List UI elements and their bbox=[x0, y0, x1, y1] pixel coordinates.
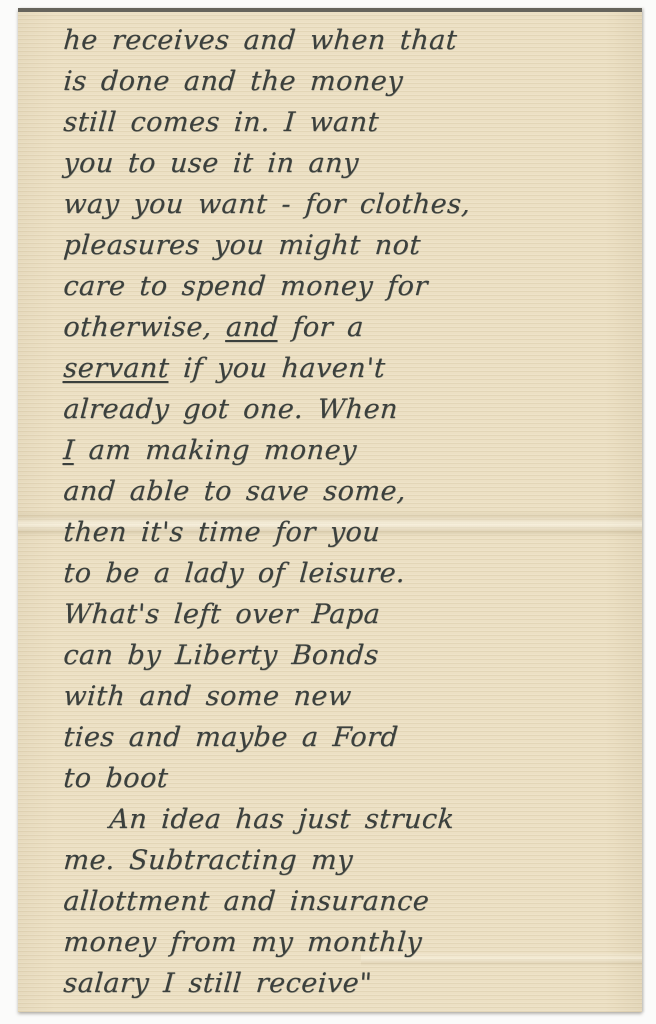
letter-line: is done and the money bbox=[62, 61, 619, 102]
letter-text-segment: already got one. When bbox=[62, 394, 399, 425]
letter-page: he receives and when thatis done and the… bbox=[18, 8, 642, 1012]
letter-line: care to spend money for bbox=[62, 266, 619, 307]
letter-line: What's left over Papa bbox=[62, 594, 619, 635]
letter-text-segment: What's left over Papa bbox=[62, 599, 381, 630]
scan-background: he receives and when thatis done and the… bbox=[0, 0, 656, 1024]
letter-text-segment: otherwise, bbox=[62, 312, 227, 343]
letter-line: otherwise, and for a bbox=[62, 307, 619, 348]
letter-text-segment: allottment and insurance bbox=[62, 886, 430, 917]
letter-line: An idea has just struck bbox=[62, 799, 619, 840]
letter-text-segment: can by Liberty Bonds bbox=[62, 640, 380, 671]
letter-line: and able to save some, bbox=[62, 471, 619, 512]
letter-line: salary I still receive" bbox=[62, 963, 619, 1004]
letter-line: still comes in. I want bbox=[62, 102, 619, 143]
letter-text-segment: me. Subtracting my bbox=[62, 845, 354, 876]
letter-line: to be a lady of leisure. bbox=[62, 553, 619, 594]
letter-text-segment: way you want - for clothes, bbox=[62, 189, 471, 220]
letter-line: I am making money bbox=[62, 430, 619, 471]
letter-body: he receives and when thatis done and the… bbox=[18, 12, 642, 1012]
letter-text-segment: you to use it in any bbox=[62, 148, 360, 179]
letter-text-segment: is done and the money bbox=[62, 66, 404, 97]
letter-line: then it's time for you bbox=[62, 512, 619, 553]
underlined-word: and bbox=[225, 312, 279, 343]
letter-text-segment: if you haven't bbox=[168, 353, 386, 384]
letter-text-segment: then it's time for you bbox=[62, 517, 381, 548]
letter-line: money from my monthly bbox=[62, 922, 619, 963]
letter-line: pleasures you might not bbox=[62, 225, 619, 266]
letter-text-segment: money from my monthly bbox=[62, 927, 423, 958]
letter-line: can by Liberty Bonds bbox=[62, 635, 619, 676]
letter-text-segment: with and some new bbox=[62, 681, 352, 712]
letter-text-segment: to boot bbox=[62, 763, 169, 794]
letter-text-segment: and able to save some, bbox=[62, 476, 407, 507]
letter-text-segment: he receives and when that bbox=[62, 25, 458, 56]
letter-line: me. Subtracting my bbox=[62, 840, 619, 881]
letter-line: to boot bbox=[62, 758, 619, 799]
letter-line: with and some new bbox=[62, 676, 619, 717]
underlined-word: servant bbox=[62, 353, 170, 384]
letter-text-segment: still comes in. I want bbox=[62, 107, 380, 138]
letter-text-segment: care to spend money for bbox=[62, 271, 429, 302]
letter-line: allottment and insurance bbox=[62, 881, 619, 922]
letter-line: ties and maybe a Ford bbox=[62, 717, 619, 758]
letter-text-segment: to be a lady of leisure. bbox=[62, 558, 406, 589]
letter-text-segment: salary I still receive" bbox=[62, 968, 373, 999]
letter-line: you to use it in any bbox=[62, 143, 619, 184]
letter-text-segment: am making money bbox=[74, 435, 358, 466]
letter-text-segment: for a bbox=[277, 312, 365, 343]
letter-line: already got one. When bbox=[62, 389, 619, 430]
letter-line: he receives and when that bbox=[62, 20, 619, 61]
letter-text-segment: An idea has just struck bbox=[108, 804, 455, 835]
letter-text-segment: ties and maybe a Ford bbox=[62, 722, 399, 753]
letter-line: way you want - for clothes, bbox=[62, 184, 619, 225]
letter-line: servant if you haven't bbox=[62, 348, 619, 389]
letter-text-segment: pleasures you might not bbox=[62, 230, 422, 261]
